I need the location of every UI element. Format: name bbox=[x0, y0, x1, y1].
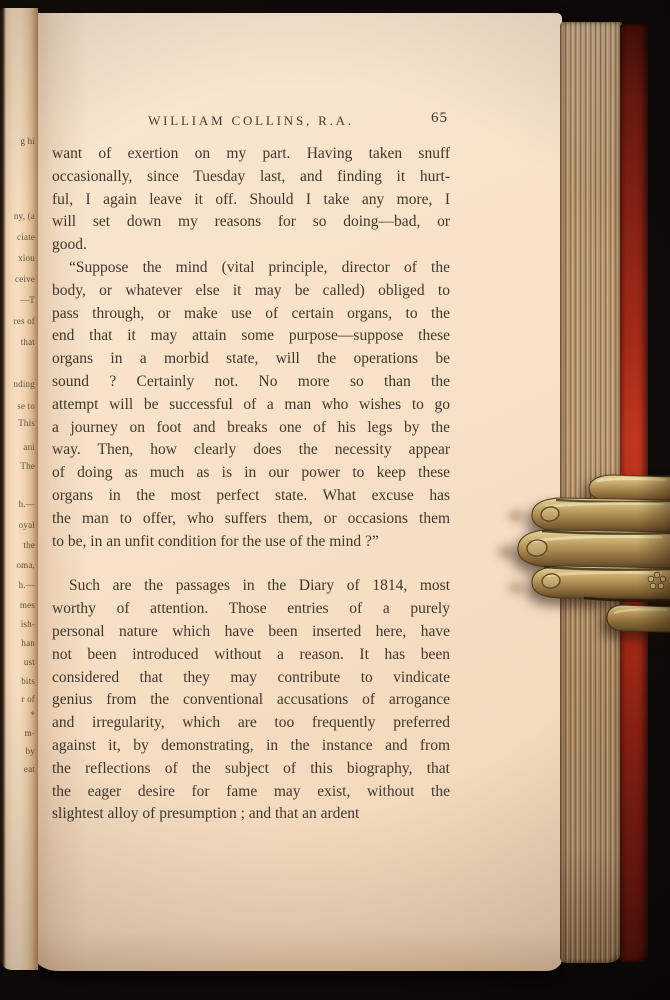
left-page-text-fragment: r of bbox=[21, 695, 35, 704]
left-page-text-fragment: ish- bbox=[21, 620, 35, 629]
text-block: want of exertion on my part. Having take… bbox=[52, 143, 450, 826]
text-line: organs in a morbid state, will the opera… bbox=[52, 348, 450, 371]
text-line: end that it may attain some purpose—supp… bbox=[52, 325, 450, 348]
text-line: a journey on foot and breaks one of his … bbox=[52, 417, 450, 440]
running-title: WILLIAM COLLINS, R.A. bbox=[148, 113, 354, 128]
brass-hand-page-holder-icon bbox=[488, 450, 670, 646]
text-line: ful, I again leave it off. Should I take… bbox=[52, 189, 450, 212]
left-page-text-fragment: * bbox=[30, 711, 35, 720]
text-line: to be, in an unfit condition for the use… bbox=[52, 531, 450, 554]
left-page-text-fragment: g hi bbox=[20, 137, 35, 146]
left-page-text-fragment: by bbox=[26, 747, 35, 756]
text-line: organs in the most perfect state. What e… bbox=[52, 485, 450, 508]
left-page-text-fragment: bits bbox=[21, 677, 35, 686]
text-line: the eager desire for fame may exist, wit… bbox=[52, 781, 450, 804]
left-page-text-fragment: oyal bbox=[19, 521, 35, 530]
text-line: not been introduced without a reason. It… bbox=[52, 644, 450, 667]
left-page-text-fragment: that bbox=[21, 338, 35, 347]
left-page-text-fragment: nding bbox=[13, 380, 35, 389]
left-page-text-fragment: han bbox=[21, 639, 35, 648]
text-line: slightest alloy of presumption ; and tha… bbox=[52, 803, 450, 826]
left-page-text-fragment: —T bbox=[20, 296, 35, 305]
left-page-text-fragment: oma, bbox=[16, 561, 35, 570]
paragraph: “Suppose the mind (vital principle, dire… bbox=[52, 257, 450, 553]
left-page-text-fragment: xiou bbox=[18, 254, 35, 263]
text-line: of doing as much as is in our power to k… bbox=[52, 462, 450, 485]
text-line: genius from the conventional accusations… bbox=[52, 689, 450, 712]
left-page-text-fragment: h.— bbox=[19, 581, 35, 590]
text-line: worthy of attention. Those entries of a … bbox=[52, 598, 450, 621]
left-page-text-fragment: This bbox=[18, 419, 35, 428]
text-line: pass through, or make use of certain org… bbox=[52, 303, 450, 326]
left-page-text-fragment: ceive bbox=[15, 275, 35, 284]
text-line: occasionally, since Tuesday last, and fi… bbox=[52, 166, 450, 189]
text-line: way. Then, how clearly does the necessit… bbox=[52, 439, 450, 462]
left-page-text-fragment: eat bbox=[24, 765, 35, 774]
text-line: will set down my reasons for so doing—ba… bbox=[52, 211, 450, 234]
text-line: personal nature which have been inserted… bbox=[52, 621, 450, 644]
page: WILLIAM COLLINS, R.A. 65 want of exertio… bbox=[32, 13, 562, 971]
left-page-text-fragment: the bbox=[23, 541, 35, 550]
text-line: against it, by demonstrating, in the ins… bbox=[52, 735, 450, 758]
page-header: WILLIAM COLLINS, R.A. 65 bbox=[52, 112, 450, 130]
paragraph: want of exertion on my part. Having take… bbox=[52, 143, 450, 257]
left-page-text-fragment: se to bbox=[17, 402, 35, 411]
text-line: the man to offer, who suffers them, or o… bbox=[52, 508, 450, 531]
left-page-text-fragment: res of bbox=[14, 317, 35, 326]
left-page-text-fragment: m- bbox=[25, 729, 35, 738]
text-line: attempt will be successful of a man who … bbox=[52, 394, 450, 417]
left-page-text-fragment: ny, (a bbox=[14, 212, 35, 221]
text-line: Such are the passages in the Diary of 18… bbox=[52, 575, 450, 598]
book-photo: g hi ny, (a ciate xiou ceive —T res of t… bbox=[0, 0, 670, 1000]
left-page-text-fragment: ani bbox=[23, 443, 35, 452]
left-page-text-fragment: ust bbox=[24, 658, 35, 667]
text-line: the reflections of the subject of this b… bbox=[52, 758, 450, 781]
left-page-text-fragment: mes bbox=[20, 601, 35, 610]
page-number: 65 bbox=[431, 110, 448, 127]
text-line: and irregularity, which are too frequent… bbox=[52, 712, 450, 735]
text-line: sound ? Certainly not. No more so than t… bbox=[52, 371, 450, 394]
text-line: want of exertion on my part. Having take… bbox=[52, 143, 450, 166]
left-page-edge: g hi ny, (a ciate xiou ceive —T res of t… bbox=[0, 8, 38, 970]
text-line: “Suppose the mind (vital principle, dire… bbox=[52, 257, 450, 280]
left-page-text-fragment: ciate bbox=[17, 233, 35, 242]
paragraph: Such are the passages in the Diary of 18… bbox=[52, 575, 450, 826]
text-line: considered that they may contribute to v… bbox=[52, 667, 450, 690]
left-page-text-fragment: h.— bbox=[19, 500, 35, 509]
left-page-text-fragment: The bbox=[20, 462, 35, 471]
text-line: body, or whatever else it may be called)… bbox=[52, 280, 450, 303]
text-line: good. bbox=[52, 234, 450, 257]
